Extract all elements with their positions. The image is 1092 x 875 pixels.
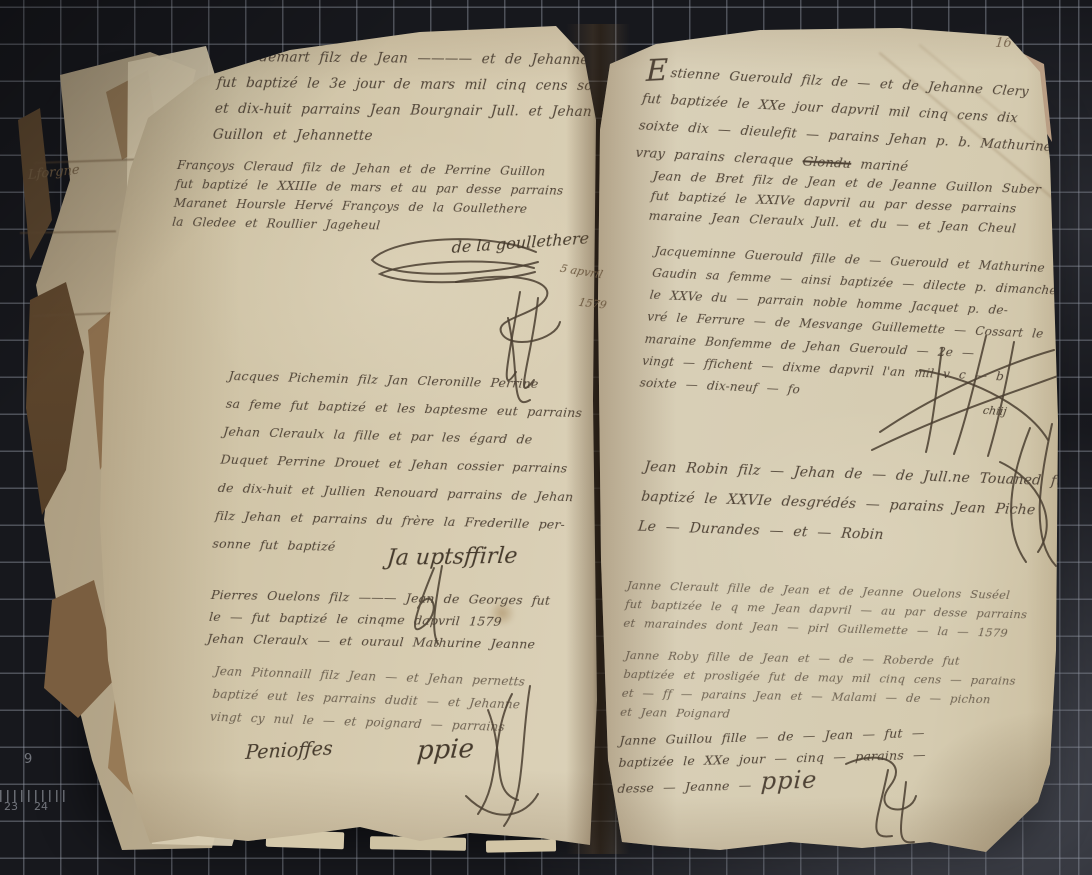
manuscript-photo: 9 23 24 Jean demart filz de Jean ———— et…: [0, 0, 1092, 875]
entry-line: fut baptizé le 3e jour de mars mil cinq …: [216, 70, 620, 99]
signature-flourish: [818, 742, 948, 852]
entry-line: Guillon et Jehannette: [212, 122, 616, 151]
decorated-capital: E: [646, 56, 669, 87]
signature-name: ppie: [760, 766, 818, 796]
entry-line: et dix-huit parrains Jean Bourgnair Jull…: [214, 96, 618, 125]
register-entry: Jean Robin filz — Jehan de — de Jull.ne …: [637, 452, 1073, 557]
entry-line: Jehan Cleraulx — et ouraul Mathurine Jea…: [206, 628, 547, 656]
signature-flourish: [426, 676, 556, 836]
mat-ruler-number: 24: [34, 800, 48, 813]
register-entry: Jean de Bret filz de Jean et de Jeanne G…: [648, 166, 1042, 239]
page-edge-tab: [486, 839, 556, 852]
signature-name: Penioffes: [245, 737, 333, 764]
register-entry: Janne Clerault fille de Jean et de Jeann…: [623, 576, 1030, 643]
register-entry: Jean demart filz de Jean ———— et de Jeha…: [212, 44, 622, 151]
struck-word: Glondu: [802, 154, 852, 171]
mat-ruler-number: 9: [24, 752, 32, 767]
folio-number: 16: [994, 36, 1012, 51]
signature-note: chiij: [982, 404, 1008, 418]
mat-ruler-number: 23: [4, 800, 18, 813]
register-entry: Pierres Ouelons filz ——— Jean de Georges…: [206, 584, 551, 656]
entry-line-text: desse — Jeanne —: [617, 777, 761, 796]
register-entry: Janne Roby fille de Jean et — de — Rober…: [619, 646, 1018, 729]
entry-line-text: mariné: [850, 157, 909, 175]
register-entry: Jacques Pichemin filz Jan Cleronille Per…: [211, 362, 586, 567]
gutter-margin-note: 1579: [577, 296, 608, 312]
